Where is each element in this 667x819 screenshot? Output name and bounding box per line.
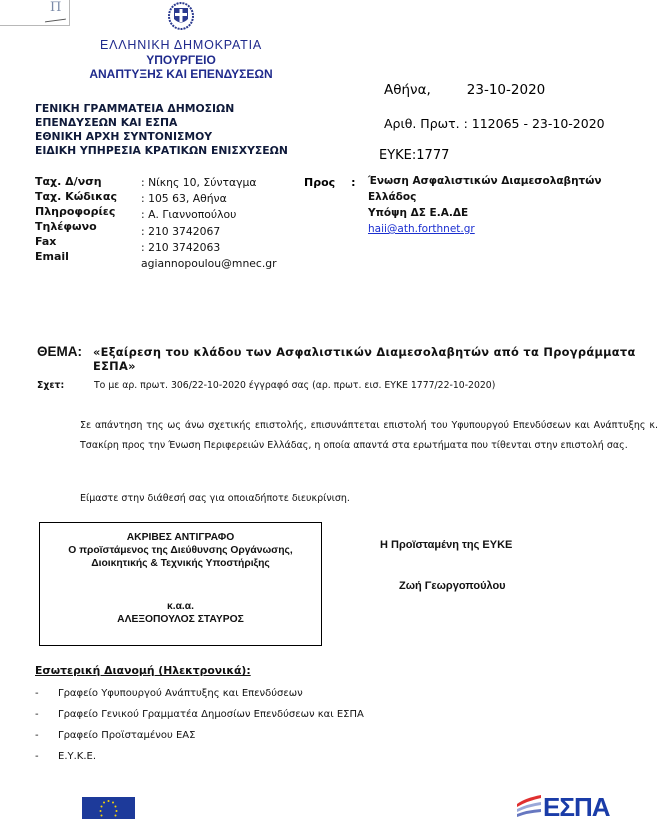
contact-values: : Νίκης 10, Σύνταγμα : 105 63, Αθήνα : Α…: [141, 175, 277, 272]
certified-copy-title: ΑΚΡΙΒΕΣ ΑΝΤΙΓΡΑΦΟ: [40, 531, 321, 544]
certified-copy-kaa: κ.α.α.: [40, 600, 321, 613]
contact-label: Fax: [35, 234, 117, 249]
relation-text: Το με αρ. πρωτ. 306/22-10-2020 έγγραφό σ…: [94, 380, 495, 391]
certified-copy-box: ΑΚΡΙΒΕΣ ΑΝΤΙΓΡΑΦΟ Ο προϊστάμενος της Διε…: [39, 522, 322, 646]
contact-labels: Ταχ. Δ/νση Ταχ. Κώδικας Πληροφορίες Τηλέ…: [35, 174, 117, 264]
espa-logo: ΕΣΠΑ: [515, 794, 625, 819]
distribution-list: -Γραφείο Υφυπουργού Ανάπτυξης και Επενδύ…: [35, 683, 364, 767]
distribution-title: Εσωτερική Διανομή (Ηλεκτρονικά):: [35, 664, 251, 677]
protocol-label: Αριθ. Πρωτ. :: [384, 116, 468, 131]
bullet-dash: -: [35, 725, 58, 746]
recipient-block: Ένωση Ασφαλιστικών Διαμεσολαβητών Ελλάδο…: [368, 173, 602, 237]
eyke-reference: ΕΥΚΕ:1777: [379, 148, 449, 163]
relation-label: Σχετ:: [37, 380, 94, 391]
list-item: -Γραφείο Υφυπουργού Ανάπτυξης και Επενδύ…: [35, 683, 364, 704]
recipient-label: Προς: [304, 176, 335, 189]
contact-label: Πληροφορίες: [35, 204, 117, 219]
initials-stamp: Π: [0, 0, 70, 26]
recipient-line2: Ελλάδος: [368, 189, 602, 205]
eu-flag-icon: [82, 797, 135, 819]
greek-emblem-icon: [168, 2, 194, 30]
bullet-dash: -: [35, 704, 58, 725]
signer-name: Ζωή Γεωργοπούλου: [399, 580, 506, 592]
organization-line: ΕΘΝΙΚΗ ΑΡΧΗ ΣΥΝΤΟΝΙΣΜΟΥ: [35, 130, 288, 144]
organization-line: ΕΙΔΙΚΗ ΥΠΗΡΕΣΙΑ ΚΡΑΤΙΚΩΝ ΕΝΙΣΧΥΣΕΩΝ: [35, 144, 288, 158]
contact-info-person: : Α. Γιαννοπούλου: [141, 207, 277, 223]
contact-fax: : 210 3742063: [141, 240, 277, 256]
stamp-glyph: Π: [50, 0, 61, 15]
list-item: -Ε.Υ.Κ.Ε.: [35, 746, 364, 767]
organization-block: ΓΕΝΙΚΗ ΓΡΑΜΜΑΤΕΙΑ ΔΗΜΟΣΙΩΝ ΕΠΕΝΔΥΣΕΩΝ ΚΑ…: [35, 102, 288, 158]
recipient-label-group: Προς:: [304, 176, 356, 189]
subject-text: «Εξαίρεση του κλάδου των Ασφαλιστικών Δι…: [93, 345, 663, 373]
place: Αθήνα,: [384, 82, 431, 98]
certified-copy-name: ΑΛΕΞΟΠΟΥΛΟΣ ΣΤΑΥΡΟΣ: [40, 613, 321, 626]
signer-title: Η Προϊσταμένη της ΕΥΚΕ: [380, 539, 512, 551]
contact-email: agiannopoulou@mnec.gr: [141, 256, 277, 272]
recipient-email-link[interactable]: haii@ath.forthnet.gr: [368, 223, 475, 235]
republic-title: ΕΛΛΗΝΙΚΗ ΔΗΜΟΚΡΑΤΙΑ: [0, 38, 362, 52]
contact-label: Τηλέφωνο: [35, 219, 117, 234]
date: 23-10-2020: [467, 82, 545, 98]
list-item: -Γραφείο Γενικού Γραμματέα Δημοσίων Επεν…: [35, 704, 364, 725]
relation: Σχετ:Το με αρ. πρωτ. 306/22-10-2020 έγγρ…: [37, 380, 495, 391]
recipient-line1: Ένωση Ασφαλιστικών Διαμεσολαβητών: [368, 173, 602, 189]
date-line: Αθήνα,23-10-2020: [384, 82, 545, 98]
recipient-colon: :: [351, 176, 355, 189]
certified-copy-role: Ο προϊστάμενος της Διεύθυνσης Οργάνωσης,: [40, 544, 321, 557]
ministry-title-line1: ΥΠΟΥΡΓΕΙΟ: [0, 53, 362, 67]
list-item: -Γραφείο Προϊσταμένου ΕΑΣ: [35, 725, 364, 746]
contact-address: : Νίκης 10, Σύνταγμα: [141, 175, 277, 191]
bullet-dash: -: [35, 746, 58, 767]
contact-label: Ταχ. Κώδικας: [35, 189, 117, 204]
body-paragraph-2: Είμαστε στην διάθεσή σας για οποιαδήποτε…: [80, 493, 350, 504]
espa-waves-icon: [515, 794, 543, 819]
subject-label: ΘΕΜΑ:: [37, 344, 82, 359]
espa-wordmark: ΕΣΠΑ: [543, 792, 610, 819]
contact-label: Ταχ. Δ/νση: [35, 174, 117, 189]
organization-line: ΓΕΝΙΚΗ ΓΡΑΜΜΑΤΕΙΑ ΔΗΜΟΣΙΩΝ: [35, 102, 288, 116]
contact-label: Email: [35, 249, 117, 264]
certified-copy-dept: Διοικητικής & Τεχνικής Υποστήριξης: [40, 557, 321, 570]
body-paragraph-1: Σε απάντηση της ως άνω σχετικής επιστολή…: [80, 416, 658, 455]
protocol-line: Αριθ. Πρωτ. : 112065 - 23-10-2020: [384, 116, 605, 131]
signature-scribble-icon: [45, 14, 67, 23]
organization-line: ΕΠΕΝΔΥΣΕΩΝ ΚΑΙ ΕΣΠΑ: [35, 116, 288, 130]
protocol-value: 112065 - 23-10-2020: [472, 116, 605, 131]
recipient-line3: Υπόψη ΔΣ Ε.Α.ΔΕ: [368, 205, 602, 221]
ministry-title-line2: ΑΝΑΠΤΥΞΗΣ ΚΑΙ ΕΠΕΝΔΥΣΕΩΝ: [0, 67, 362, 81]
bullet-dash: -: [35, 683, 58, 704]
contact-phone: : 210 3742067: [141, 224, 277, 240]
contact-postcode: : 105 63, Αθήνα: [141, 191, 277, 207]
